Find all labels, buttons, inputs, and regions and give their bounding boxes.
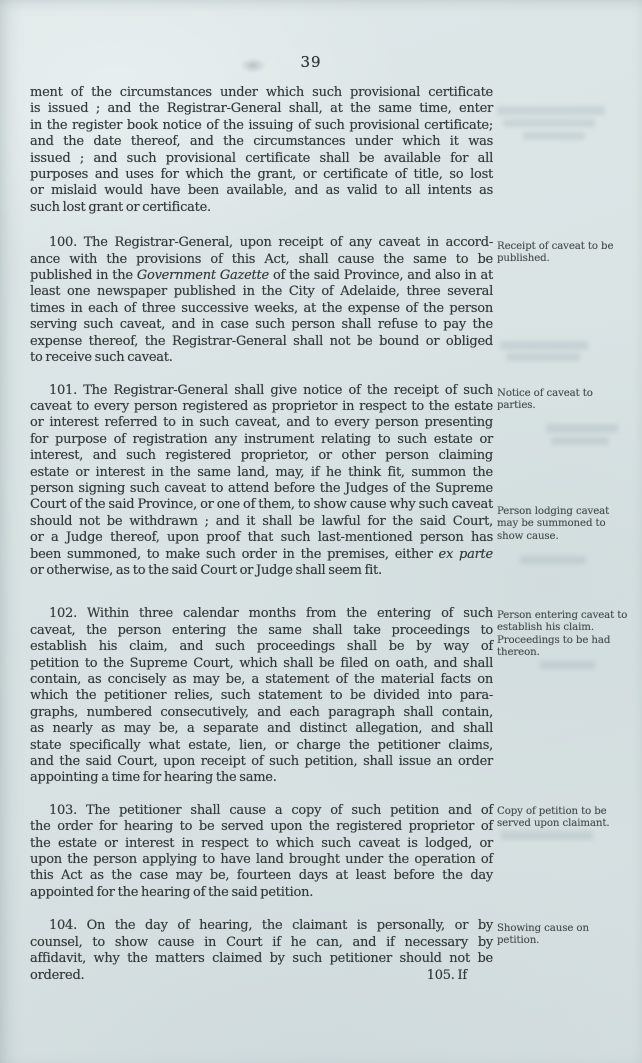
margin-note: Copy of petition to be served upon claim… (497, 806, 628, 831)
bleed-through-mark (523, 132, 585, 140)
margin-note: Showing cause on petition. (497, 923, 628, 948)
scanned-page: 39 ment of the circumstances under which… (0, 0, 642, 1063)
margin-note: Person lodging caveat may be summoned to… (497, 506, 628, 543)
bleed-through-mark (540, 661, 595, 669)
bleed-through-mark (503, 119, 595, 127)
bleed-through-mark (546, 424, 618, 433)
bleed-through-mark (500, 341, 588, 350)
margin-note: Person entering caveat to establish his … (497, 610, 628, 660)
margin-note: Notice of caveat to parties. (497, 388, 628, 413)
bleed-through-mark (520, 556, 586, 564)
bleed-through-mark (551, 437, 609, 445)
margin-note: Receipt of caveat to be published. (497, 241, 628, 266)
margin-notes-column: Receipt of caveat to be published.Notice… (0, 0, 642, 1063)
bleed-through-mark (497, 106, 605, 115)
bleed-through-mark (501, 831, 593, 840)
bleed-through-mark (506, 353, 580, 361)
